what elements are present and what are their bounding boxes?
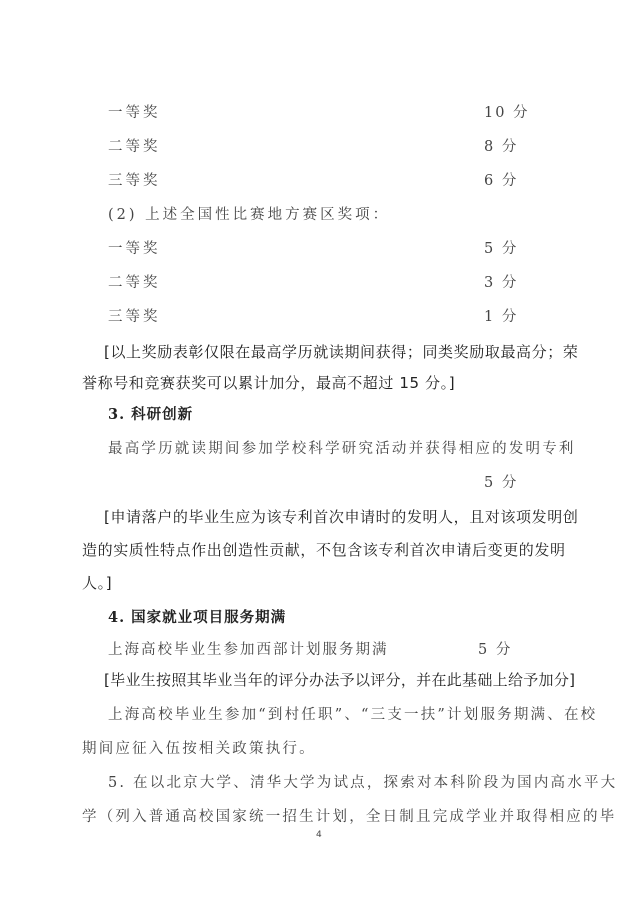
awards-note-line1: [以上奖励表彰仅限在最高学历就读期间获得；同类奖励取最高分；荣 xyxy=(104,343,578,361)
regional-label-third: 三等奖 xyxy=(108,308,161,326)
section4-score: 5 分 xyxy=(478,641,512,659)
section3-note-line3: 人。] xyxy=(82,574,112,592)
section5-line1: 5. 在以北京大学、清华大学为试点，探索对本科阶段为国内高水平大 xyxy=(108,774,617,792)
section4-heading: 4. 国家就业项目服务期满 xyxy=(108,609,286,627)
regional-label-second: 二等奖 xyxy=(108,274,161,292)
award-score-third: 6 分 xyxy=(484,172,518,190)
regional-score-third: 1 分 xyxy=(484,308,518,326)
section3-note-line1: [申请落户的毕业生应为该专利首次申请时的发明人，且对该项发明创 xyxy=(104,508,578,526)
section4-para-line1: 上海高校毕业生参加“到村任职”、“三支一扶”计划服务期满、在校 xyxy=(108,706,597,724)
section4-item: 上海高校毕业生参加西部计划服务期满 xyxy=(108,641,389,659)
section3-note-line2: 造的实质性特点作出创造性贡献，不包含该专利首次申请后变更的发明 xyxy=(82,541,566,559)
section3-heading: 3. 科研创新 xyxy=(108,406,193,424)
section5-line2: 学（列入普通高校国家统一招生计划，全日制且完成学业并取得相应的毕 xyxy=(82,808,616,826)
section3-item: 最高学历就读期间参加学校科学研究活动并获得相应的发明专利 xyxy=(108,440,576,458)
award-label-third: 三等奖 xyxy=(108,172,161,190)
award-score-first: 10 分 xyxy=(484,104,530,122)
award-label-first: 一等奖 xyxy=(108,104,161,122)
section3-score: 5 分 xyxy=(484,474,518,492)
awards-note-line2: 誉称号和竞赛获奖可以累计加分，最高不超过 15 分。] xyxy=(82,374,455,392)
section4-para-line2: 期间应征入伍按相关政策执行。 xyxy=(82,740,316,758)
section4-note: [毕业生按照其毕业当年的评分办法予以评分，并在此基础上给予加分] xyxy=(104,671,575,689)
regional-score-second: 3 分 xyxy=(484,274,518,292)
regional-label-first: 一等奖 xyxy=(108,240,161,258)
regional-score-first: 5 分 xyxy=(484,240,518,258)
award-score-second: 8 分 xyxy=(484,138,518,156)
page-number: 4 xyxy=(316,830,322,840)
regional-heading: (2) 上述全国性比赛地方赛区奖项： xyxy=(108,206,390,224)
award-label-second: 二等奖 xyxy=(108,138,161,156)
